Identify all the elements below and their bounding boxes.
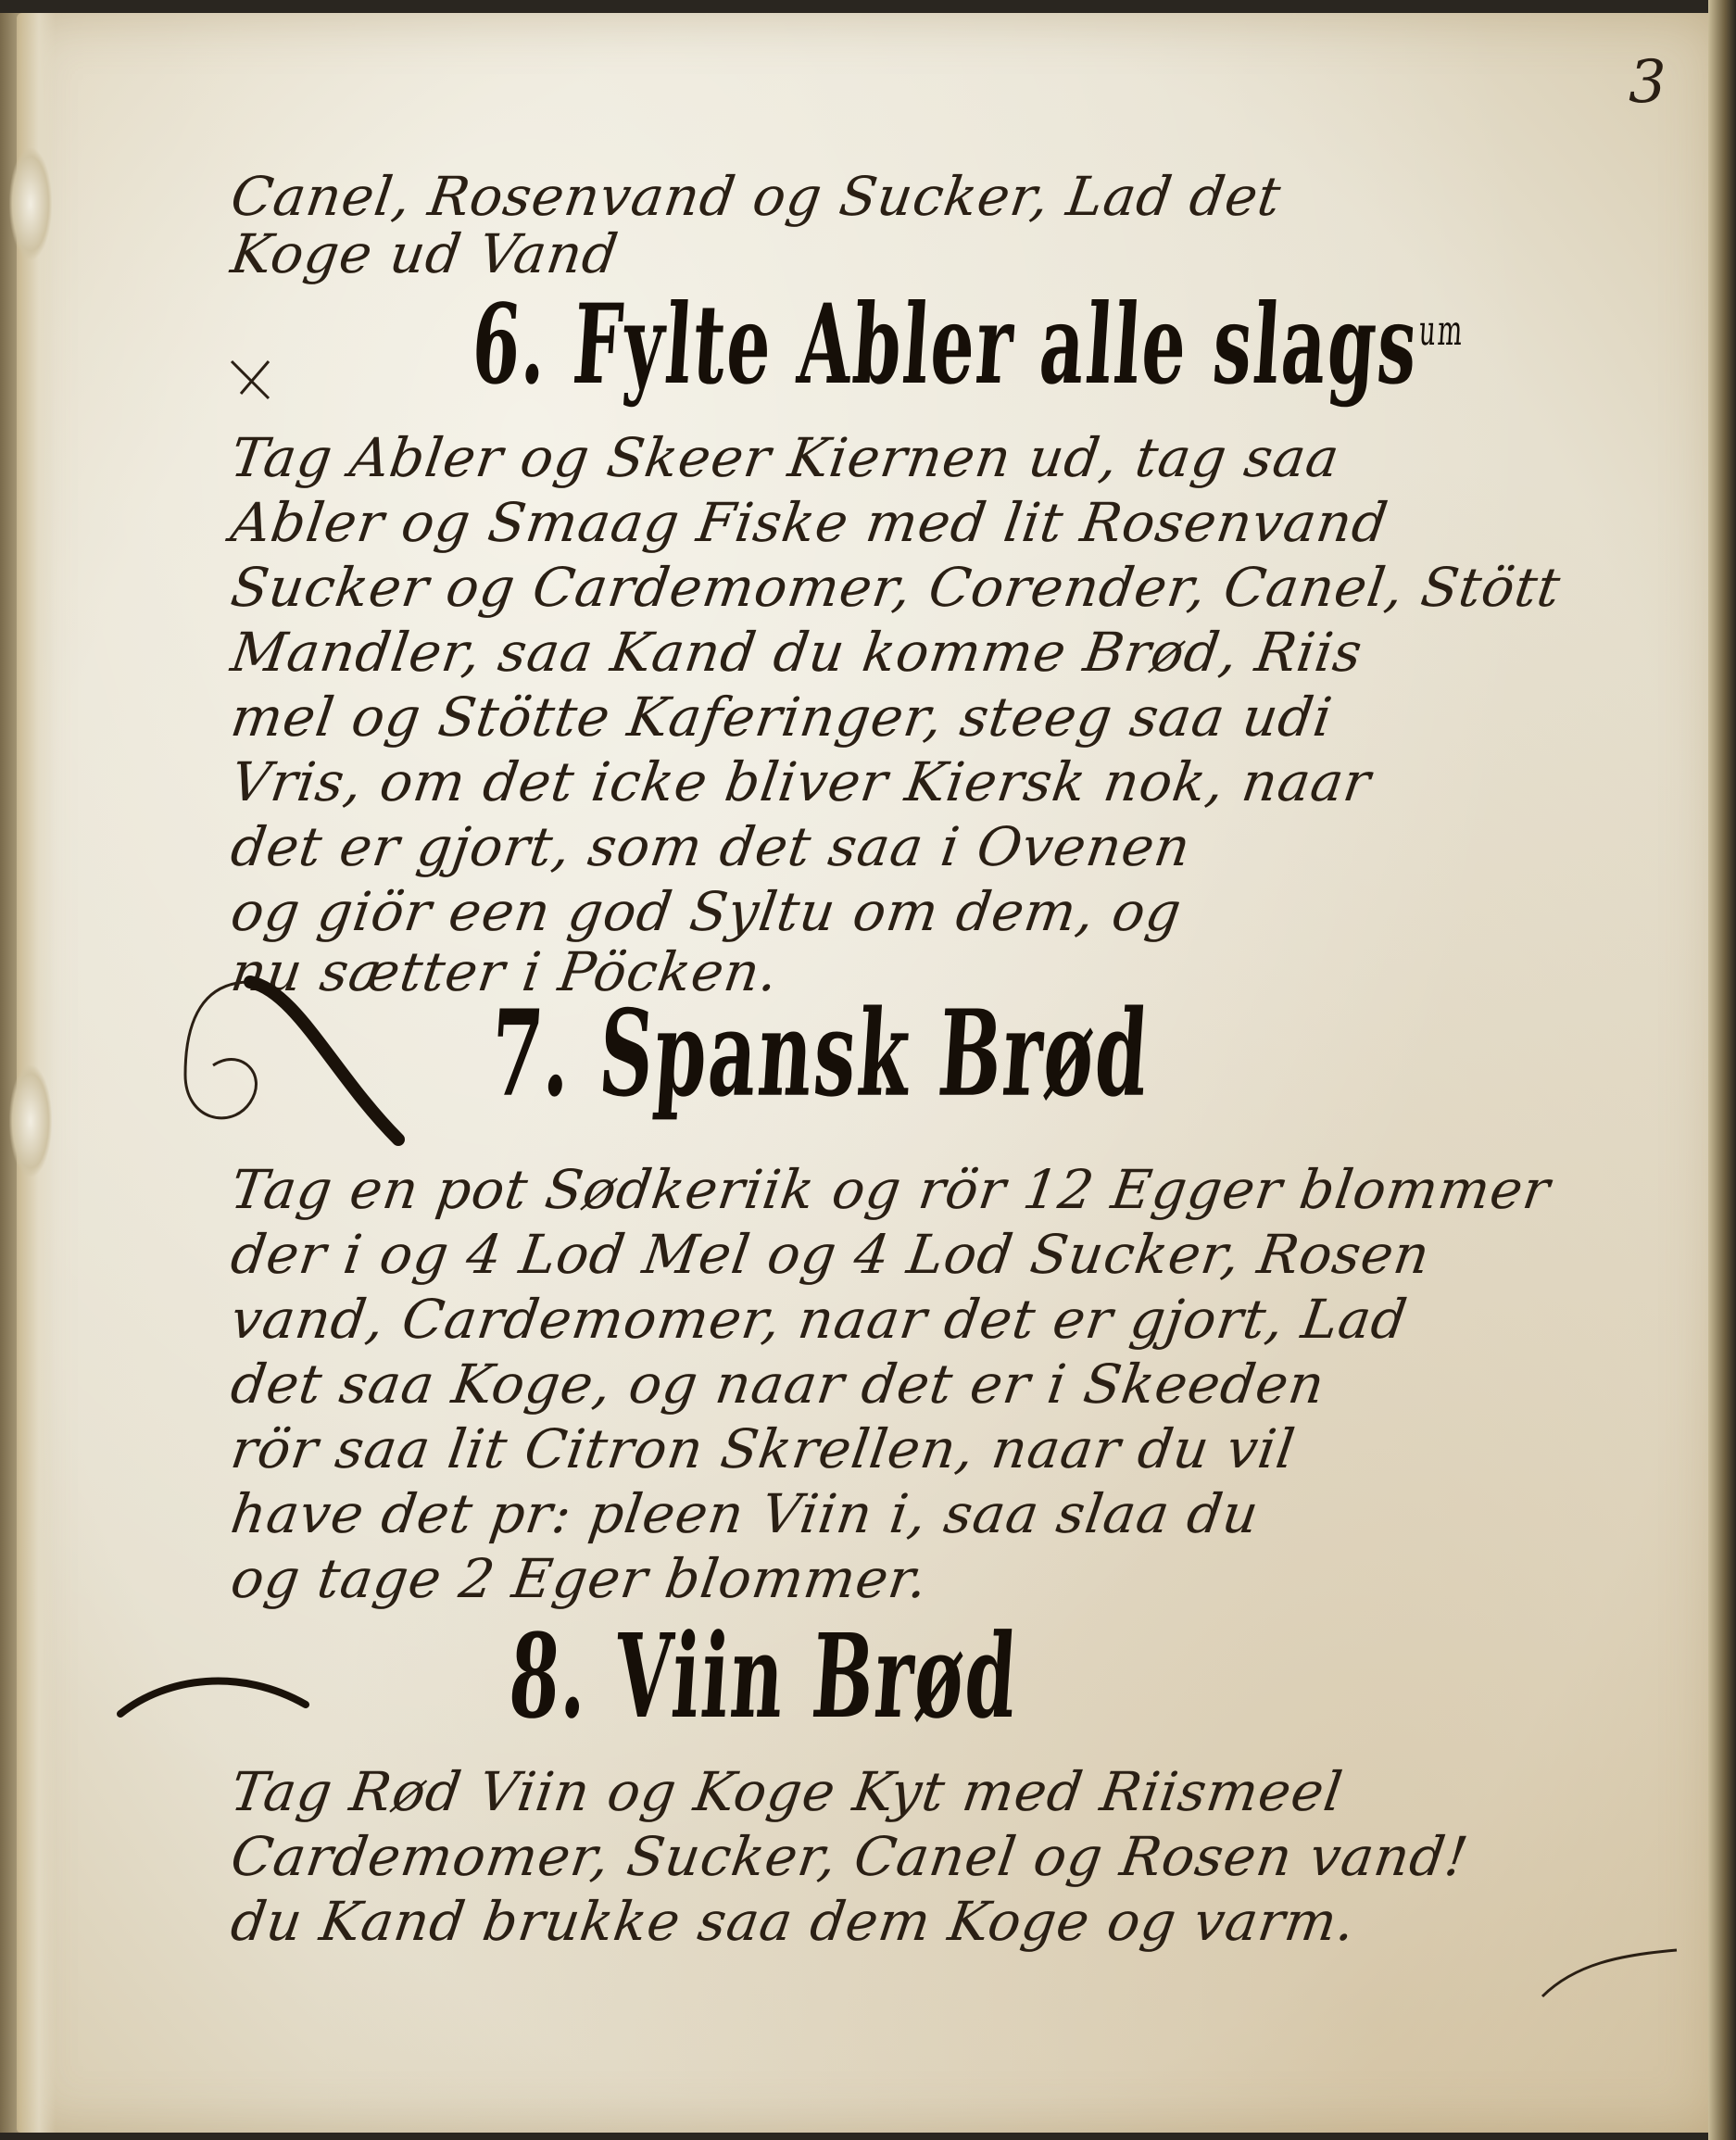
- page-edge: [1708, 0, 1736, 2140]
- page-number: 3: [1629, 48, 1667, 117]
- recipe-line: Vris, om det icke bliver Kiersk nok, naa…: [227, 750, 1375, 813]
- carryover-line: Koge ud Vand: [227, 222, 623, 285]
- recipe-line: det saa Koge, og naar det er i Skeeden: [227, 1353, 1328, 1416]
- calligraphic-flourish-icon: [93, 963, 408, 1149]
- recipe-line: mel og Stötte Kaferinger, steeg saa udi: [227, 686, 1336, 749]
- binding-stitch: [9, 148, 52, 259]
- recipe-line: der i og 4 Lod Mel og 4 Lod Sucker, Rose…: [227, 1223, 1434, 1286]
- calligraphic-flourish-icon: [111, 1658, 315, 1742]
- recipe-line: rör saa lit Citron Skrellen, naar du vil: [227, 1417, 1299, 1480]
- recipe-line: vand, Cardemomer, naar det er gjort, Lad: [227, 1288, 1411, 1351]
- recipe-number: 7.: [486, 984, 576, 1123]
- recipe-line: og giör een god Syltu om dem, og: [227, 880, 1186, 943]
- recipe-title: Fylte Abler alle slags: [570, 282, 1423, 409]
- recipe-title: Spansk Brød: [595, 984, 1153, 1123]
- carryover-line: Canel, Rosenvand og Sucker, Lad det: [227, 165, 1285, 228]
- recipe-line: Sucker og Cardemomer, Corender, Canel, S…: [227, 556, 1565, 619]
- recipe-line: Tag en pot Sødkeriik og rör 12 Egger blo…: [227, 1158, 1554, 1221]
- recipe-line: og tage 2 Eger blommer.: [227, 1547, 932, 1610]
- end-flourish-icon: [1538, 1945, 1686, 2001]
- recipe-number: 6.: [468, 282, 551, 409]
- recipe-line: Mandler, saa Kand du komme Brød, Riis: [227, 621, 1366, 684]
- title-suffix: um: [1417, 306, 1466, 355]
- recipe-line: Cardemomer, Sucker, Canel og Rosen vand!: [227, 1825, 1472, 1888]
- margin-mark-icon: [222, 352, 278, 408]
- recipe-title: Viin Brød: [611, 1610, 1022, 1745]
- recipe-line: Tag Abler og Skeer Kiernen ud, tag saa: [227, 426, 1343, 489]
- recipe-line: Tag Rød Viin og Koge Kyt med Riismeel: [227, 1760, 1347, 1823]
- recipe-line: det er gjort, som det saa i Ovenen: [227, 815, 1195, 878]
- recipe-line: Abler og Smaag Fiske med lit Rosenvand: [227, 491, 1392, 554]
- recipe-heading-8: 8. Viin Brød: [505, 1610, 1022, 1745]
- recipe-line: have det pr: pleen Viin i, saa slaa du: [227, 1482, 1263, 1545]
- recipe-number: 8.: [505, 1610, 593, 1745]
- recipe-line: du Kand brukke saa dem Koge og varm.: [227, 1890, 1359, 1953]
- binding-stitch: [9, 1065, 52, 1177]
- recipe-heading-7: 7. Spansk Brød: [486, 984, 1153, 1123]
- recipe-heading-6: 6. Fylte Abler alle slagsum: [468, 282, 1467, 409]
